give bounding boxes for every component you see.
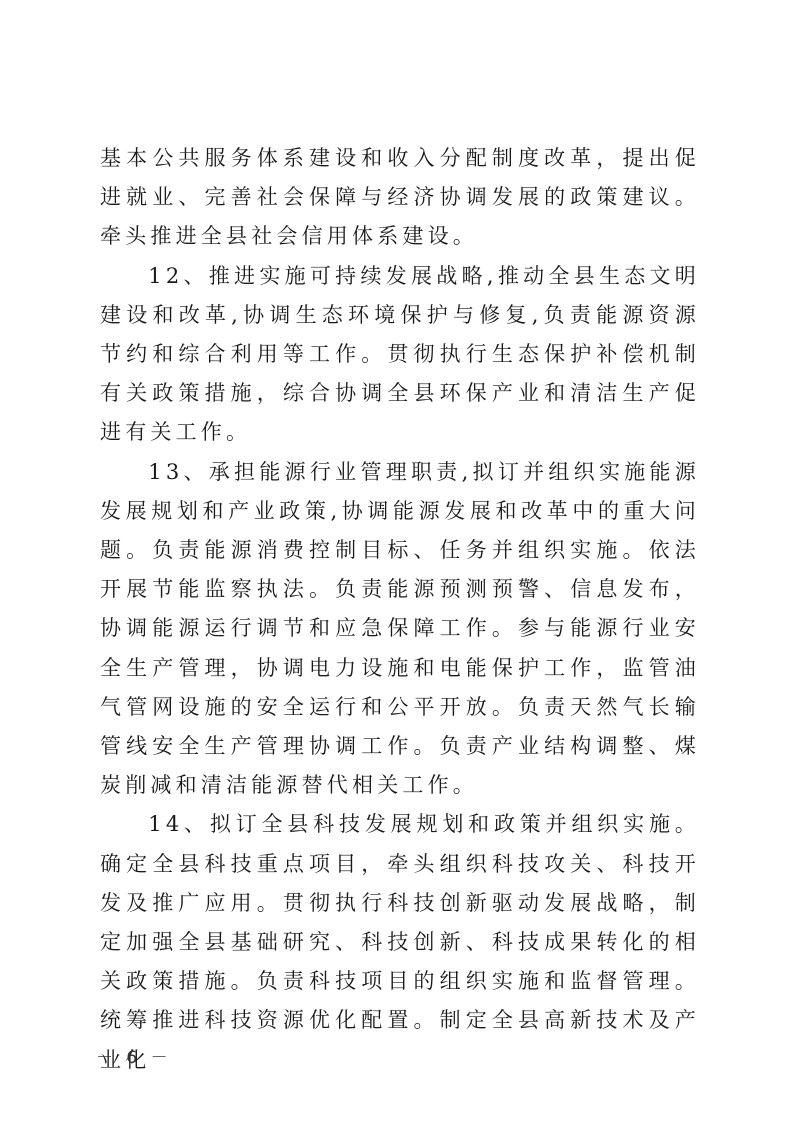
paragraph-item-14: 14、拟订全县科技发展规划和政策并组织实施。确定全县科技重点项目，牵头组织科技攻… <box>100 805 700 1079</box>
paragraph-item-12: 12、推进实施可持续发展战略,推动全县生态文明建设和改革,协调生态环境保护与修复… <box>100 257 700 453</box>
document-page: 基本公共服务体系建设和收入分配制度改革，提出促进就业、完善社会保障与经济协调发展… <box>0 0 793 1122</box>
document-body: 基本公共服务体系建设和收入分配制度改革，提出促进就业、完善社会保障与经济协调发展… <box>100 139 700 1080</box>
paragraph-item-13: 13、承担能源行业管理职责,拟订并组织实施能源发展规划和产业政策,协调能源发展和… <box>100 453 700 806</box>
paragraph-continuation: 基本公共服务体系建设和收入分配制度改革，提出促进就业、完善社会保障与经济协调发展… <box>100 139 700 257</box>
page-number: － 6 － <box>96 1043 172 1068</box>
